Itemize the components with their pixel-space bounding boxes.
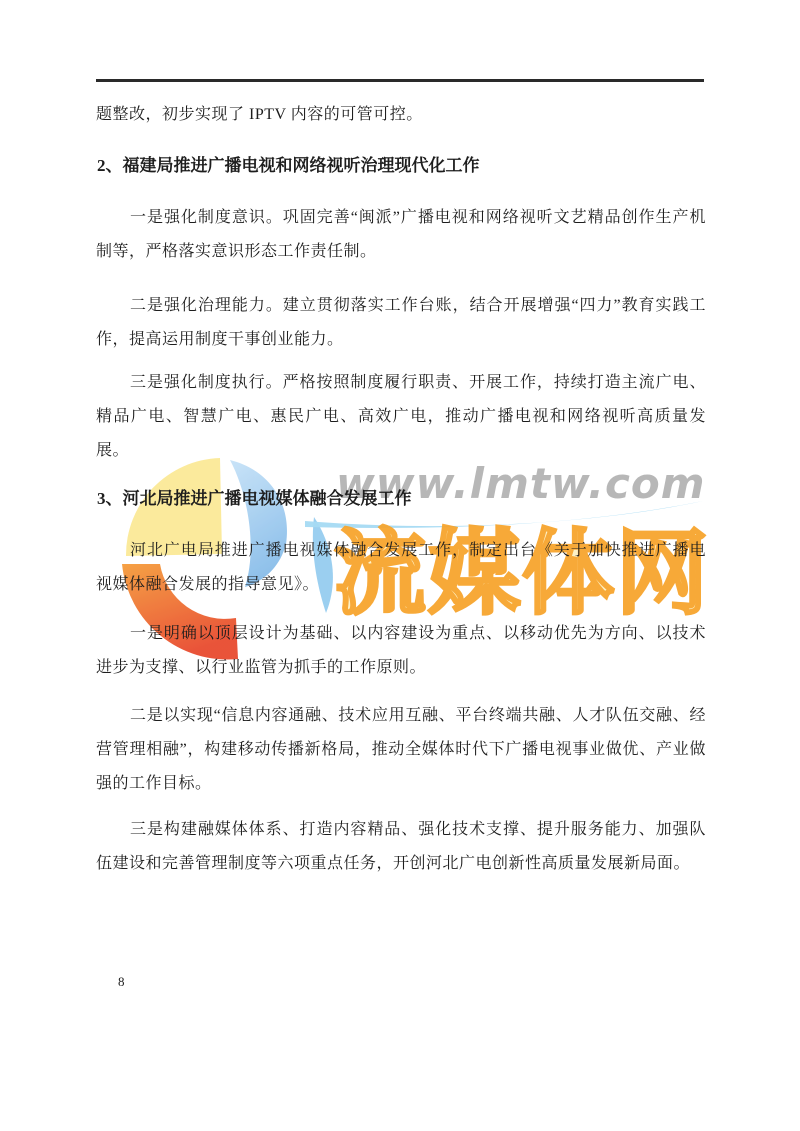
paragraph: 三是构建融媒体体系、打造内容精品、强化技术支撑、提升服务能力、加强队伍建设和完善… — [96, 813, 706, 881]
paragraph: 二是以实现“信息内容通融、技术应用互融、平台终端共融、人才队伍交融、经营管理相融… — [96, 699, 706, 801]
paragraph: 一是强化制度意识。巩固完善“闽派”广播电视和网络视听文艺精品创作生产机制等，严格… — [96, 201, 706, 269]
section-heading-3: 3、河北局推进广播电视媒体融合发展工作 — [97, 486, 707, 512]
header-rule — [96, 79, 704, 82]
document-page: www.lmtw.com 流媒体网 题整改，初步实现了 IPTV 内容的可管可控… — [0, 0, 800, 1131]
paragraph-continuation: 题整改，初步实现了 IPTV 内容的可管可控。 — [96, 98, 706, 132]
paragraph: 河北广电局推进广播电视媒体融合发展工作，制定出台《关于加快推进广播电视媒体融合发… — [96, 534, 706, 602]
page-number: 8 — [118, 974, 125, 990]
paragraph: 三是强化制度执行。严格按照制度履行职责、开展工作，持续打造主流广电、精品广电、智… — [96, 366, 706, 468]
paragraph: 一是明确以顶层设计为基础、以内容建设为重点、以移动优先为方向、以技术进步为支撑、… — [96, 617, 706, 685]
section-heading-2: 2、福建局推进广播电视和网络视听治理现代化工作 — [97, 153, 707, 179]
paragraph: 二是强化治理能力。建立贯彻落实工作台账，结合开展增强“四力”教育实践工作，提高运… — [96, 289, 706, 357]
